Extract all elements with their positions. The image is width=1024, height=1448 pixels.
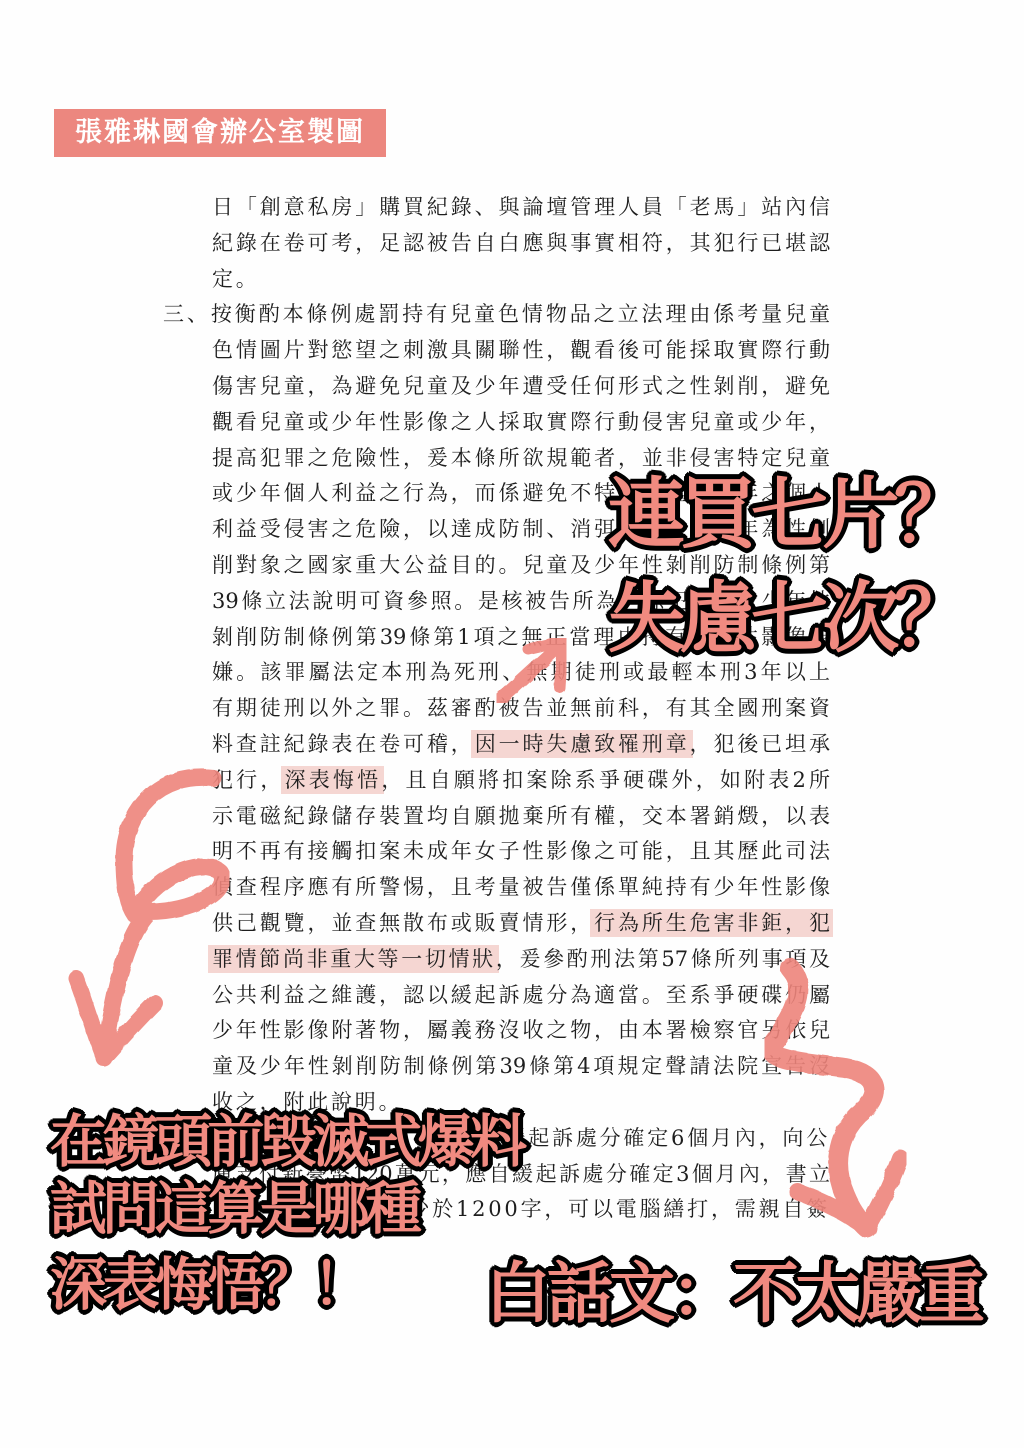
document-line: 犯行，深表悔悟，且自願將扣案除系爭硬碟外，如附表2所 — [212, 763, 830, 799]
line-text: ，爰參酌刑法第57條所列事項及 — [496, 947, 830, 971]
document-line: 色情圖片對慾望之刺激具關聯性，觀看後可能採取實際行動 — [212, 333, 830, 369]
document-line: 定。 — [212, 262, 830, 298]
callout-remorse: 深表悔悟？！ — [50, 1257, 365, 1314]
document-line: 供己觀覽，並查無散布或販賣情形，行為所生危害非鉅，犯 — [212, 906, 830, 942]
callout-plain-language: 白話文：不太嚴重 — [485, 1261, 981, 1327]
document-line: 傷害兒童，為避免兒童及少年遭受任何形式之性剝削，避免 — [212, 369, 830, 405]
highlighted-phrase: 罪情節尚非重大等一切情狀 — [212, 945, 496, 973]
document-line: 少年性影像附著物，屬義務沒收之物，由本署檢察官另依兒 — [212, 1013, 830, 1049]
document-line: 童及少年性剝削防制條例第39條第4項規定聲請法院宣告沒 — [212, 1049, 830, 1085]
callout-bought-seven: 連買七片？ — [608, 477, 966, 554]
document-line: 明不再有接觸扣案未成年女子性影像之可能，且其歷此司法 — [212, 834, 830, 870]
highlighted-phrase: 行為所生危害非鉅，犯 — [594, 909, 830, 937]
document-line: 罪情節尚非重大等一切情狀，爰參酌刑法第57條所列事項及 — [212, 942, 830, 978]
credit-badge: 張雅琳國會辦公室製圖 — [54, 109, 386, 157]
line-text: ，且自願將扣案除系爭硬碟外，如附表2所 — [381, 768, 830, 792]
document-body: 日「創意私房」購買紀錄、與論壇管理人員「老馬」站內信 紀錄在卷可考，足認被告自白… — [212, 190, 830, 1228]
loop-arrow-down-icon — [76, 777, 222, 1058]
section-heading-line: 三、按衡酌本條例處罰持有兒童色情物品之立法理由係考量兒童 — [163, 297, 830, 333]
line-text: 料查註紀錄表在卷可稽， — [212, 732, 475, 756]
line-text: 供己觀覽，並查無散布或販賣情形， — [212, 911, 594, 935]
document-line: 紀錄在卷可考，足認被告自白應與事實相符，其犯行已堪認 — [212, 226, 830, 262]
callout-on-camera: 在鏡頭前毀滅式爆料 — [50, 1114, 523, 1171]
document-line: 偵查程序應有所警惕，且考量被告僅係單純持有少年性影像 — [212, 870, 830, 906]
document-line: 觀看兒童或少年性影像之人採取實際行動侵害兒童或少年， — [212, 405, 830, 441]
line-text: 犯行， — [212, 768, 285, 792]
document-line: 料查註紀錄表在卷可稽，因一時失慮致罹刑章，犯後已坦承 — [212, 727, 830, 763]
line-text: ，犯後已坦承 — [690, 732, 830, 756]
highlighted-phrase: 因一時失慮致罹刑章 — [475, 730, 690, 758]
document-line: 有期徒刑以外之罪。茲審酌被告並無前科，有其全國刑案資 — [212, 691, 830, 727]
callout-lapse-seven: 失慮七次？ — [608, 581, 966, 658]
document-line: 日「創意私房」購買紀錄、與論壇管理人員「老馬」站內信 — [212, 190, 830, 226]
highlighted-phrase: 深表悔悟 — [285, 766, 382, 794]
callout-question: 試問這算是哪種 — [50, 1181, 418, 1238]
document-line: 示電磁紀錄儲存裝置均自願拋棄所有權，交本署銷燬，以表 — [212, 799, 830, 835]
document-line: 公共利益之維護，認以緩起訴處分為適當。至系爭硬碟仍屬 — [212, 978, 830, 1014]
